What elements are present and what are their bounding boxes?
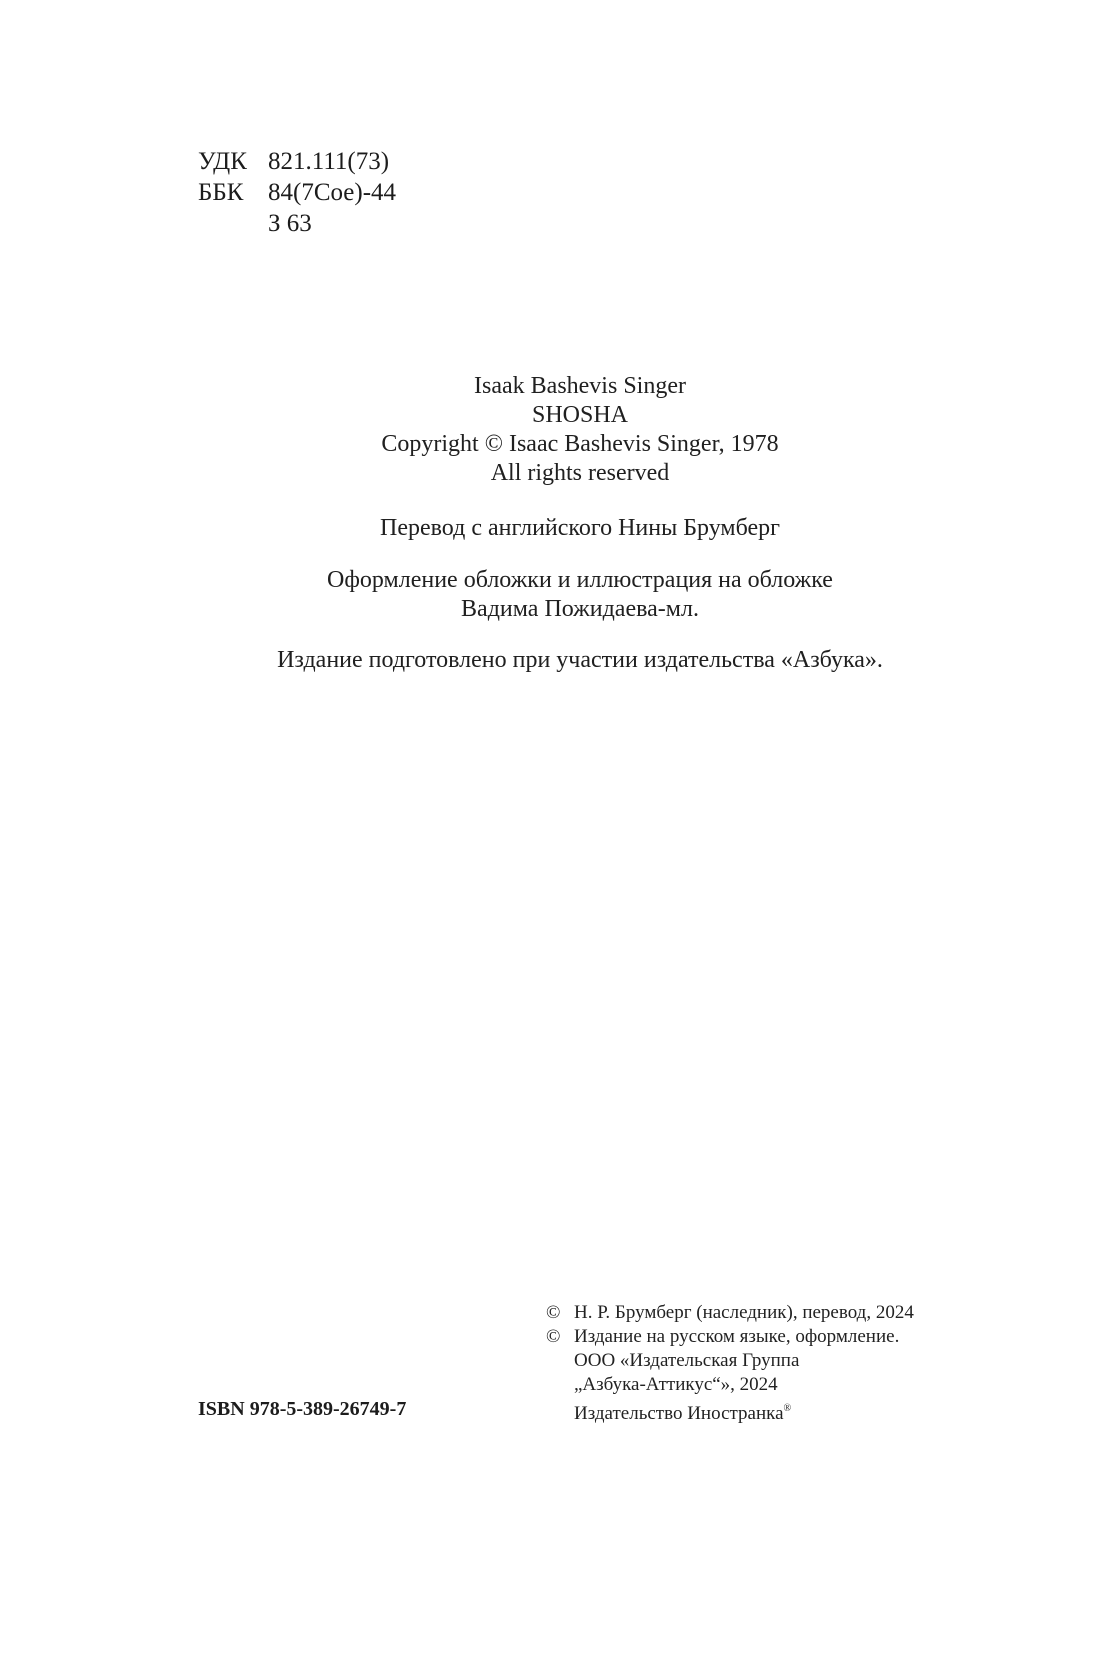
translator-line: Перевод с английского Нины Брумберг	[30, 514, 1100, 543]
edition-note-line: Издание подготовлено при участии издател…	[30, 646, 1100, 675]
copyright-icon: ©	[546, 1325, 574, 1426]
bbk-value: 84(7Сое)-44	[268, 177, 396, 208]
copyright-entry-edition: © Издание на русском языке, оформление. …	[546, 1325, 914, 1426]
cover-design-line-1: Оформление обложки и иллюстрация на обло…	[30, 566, 1100, 595]
cover-design-line-2: Вадима Пожидаева-мл.	[30, 595, 1100, 624]
cover-design-credit: Оформление обложки и иллюстрация на обло…	[30, 566, 1100, 624]
udk-value: 821.111(73)	[268, 146, 389, 177]
registered-trademark-icon: ®	[784, 1403, 792, 1414]
publisher-name: Издательство Иностранка	[574, 1403, 784, 1424]
copyright-notices: © Н. Р. Брумберг (наследник), перевод, 2…	[546, 1301, 914, 1426]
bbk-label: ББК	[198, 177, 268, 208]
copyright-icon: ©	[546, 1301, 574, 1325]
translation-credit: Перевод с английского Нины Брумберг	[30, 514, 1100, 543]
original-title: SHOSHA	[30, 401, 1100, 430]
copyright-line: „Азбука-Аттикус“», 2024	[574, 1373, 899, 1397]
imprint-page: УДК 821.111(73) ББК 84(7Сое)-44 З 63 Isa…	[0, 0, 1100, 1669]
isbn: ISBN 978-5-389-26749-7	[198, 1398, 406, 1421]
original-author: Isaak Bashevis Singer	[30, 372, 1100, 401]
udk-label: УДК	[198, 146, 268, 177]
edition-note: Издание подготовлено при участии издател…	[30, 646, 1100, 675]
original-edition-block: Isaak Bashevis Singer SHOSHA Copyright ©…	[30, 372, 1100, 488]
copyright-line: Н. Р. Брумберг (наследник), перевод, 202…	[574, 1301, 914, 1325]
copyright-line: Издание на русском языке, оформление.	[574, 1325, 899, 1349]
bbk-row: ББК 84(7Сое)-44	[198, 177, 396, 208]
copyright-entry-translation: © Н. Р. Брумберг (наследник), перевод, 2…	[546, 1301, 914, 1325]
classification-block: УДК 821.111(73) ББК 84(7Сое)-44 З 63	[198, 146, 396, 239]
copyright-line: ООО «Издательская Группа	[574, 1349, 899, 1373]
udk-row: УДК 821.111(73)	[198, 146, 396, 177]
author-mark: З 63	[198, 208, 396, 239]
original-copyright: Copyright © Isaac Bashevis Singer, 1978	[30, 430, 1100, 459]
publisher-line: Издательство Иностранка®	[574, 1397, 899, 1426]
rights-reserved: All rights reserved	[30, 459, 1100, 488]
